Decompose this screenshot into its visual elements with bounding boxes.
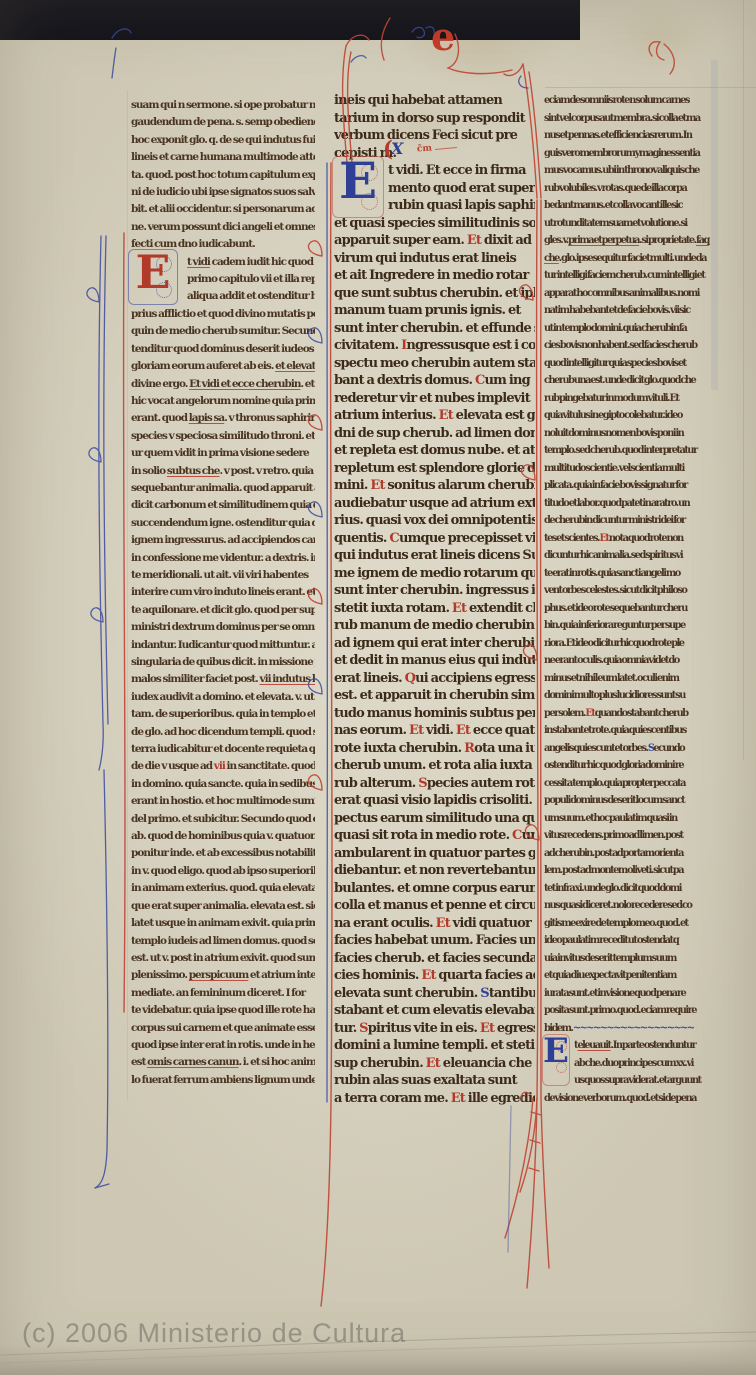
text-segment: rub alterum. <box>334 776 418 791</box>
text-line: erat quasi visio lapidis crisoliti. et a… <box>334 792 535 810</box>
text-line: hic vocat angelorum nomine quia primata <box>131 393 315 410</box>
text-segment: quin de medio cherub sumitur. Secundo os <box>131 325 315 337</box>
text-segment: tudo manus hominis subtus pen <box>334 706 535 721</box>
text-line: apparat hoc omnibus animalibus. nomi <box>544 285 711 303</box>
text-segment: Q <box>405 671 416 686</box>
initial-letter: E <box>339 151 377 210</box>
text-line: lineis et carne humana multimode atten <box>131 149 315 166</box>
text-segment: ad ignem qui erat inter cherubin <box>334 636 535 651</box>
text-segment: t vidi <box>187 256 210 268</box>
text-segment: phus. et ideo rote sequebantur cheru <box>544 603 687 614</box>
text-segment: iurata sunt. et in visione quod pena re <box>544 988 685 999</box>
text-line: apparuit super eam. Et dixit ad <box>334 232 535 250</box>
text-line: nus et pennas. et efficiencias rerum. In <box>544 127 711 145</box>
text-segment: S <box>480 986 489 1001</box>
text-segment: de cherubin dicuntur ministri dei for <box>544 515 685 526</box>
text-segment: guis vero membrorum ymagines sentia <box>544 148 699 159</box>
text-line: minus et nihil eum latet. oculi enim <box>544 670 711 688</box>
text-segment: noluit dominus nomen bovis poni in <box>544 428 683 439</box>
text-line: rub manum de medio cherubin <box>334 617 535 635</box>
text-segment: erant in hostio. et hoc multimode sumitu… <box>131 795 315 807</box>
text-line: elevata sunt cherubin. Stantibus <box>334 985 535 1003</box>
decorated-initial-center: E <box>332 156 384 218</box>
text-line: titudo et labor. quod patet in aratro. u… <box>544 495 711 513</box>
text-segment: atrium interius. <box>334 408 439 423</box>
text-line: corpus sui carnem et que animate essent <box>131 1020 315 1037</box>
text-segment: de visione verborum. quod. et si de pena <box>544 1093 696 1104</box>
text-line: bedant manus. et colla vocant ille sic <box>544 197 711 215</box>
text-line: plenissimo. perspicuum et atrium interiu… <box>131 967 315 984</box>
text-segment: . glo. ipse sequitur faciet multi. unde … <box>559 253 706 264</box>
text-segment: vent orbes celestes. sicut dicit philoso <box>544 585 686 596</box>
text-segment: ministri dextrum dominus per se omnia <box>131 621 315 633</box>
text-segment: umque precepisset viro <box>399 531 535 546</box>
text-segment: vidi. <box>423 723 456 738</box>
text-segment: corpus sui carnem et que animate essent <box>131 1022 315 1034</box>
text-segment: erat quasi visio lapidis crisoliti. et a… <box>334 793 535 808</box>
text-segment: ne erant oculis. quia omnia videt do <box>544 655 679 666</box>
text-line: bit. et alii occidentur. si personarum a… <box>131 201 315 218</box>
text-line: suam qui n sermone. si ope probatur n es… <box>131 97 315 114</box>
text-segment: . v post. v retro. quia rote <box>220 465 316 477</box>
text-line: species v speciosa similitudo throni. et… <box>131 428 315 445</box>
text-segment: riora. Et ideo dicitur hic quod rote ple <box>544 638 684 649</box>
text-line: templo. sed cherub. quod interpretatur <box>544 442 711 460</box>
text-segment: dicit carbonum et similitudinem quia de … <box>131 499 315 511</box>
text-segment: posita sunt. primo. quod. eciam require <box>544 1005 696 1016</box>
photo-background-top-edge <box>0 0 580 40</box>
text-segment: succendendum igne. ostenditur quia domin… <box>131 517 315 529</box>
text-line: in animam exterius. quod. quia elevata e… <box>131 880 315 897</box>
text-segment: bedant manus. et colla vocant ille sic <box>544 200 682 211</box>
text-segment: . si proprietate. <box>639 235 696 246</box>
text-line: plicata. quia in facie bovis signatur fo… <box>544 477 711 495</box>
text-line: cherub unum. et rota alia iuxta che <box>334 757 535 775</box>
text-segment: lapis sa <box>189 412 224 424</box>
text-segment: rote iuxta cherubin. <box>334 741 464 756</box>
text-segment: subtus che <box>167 465 220 477</box>
text-line: a terra coram me. Et ille egredie <box>334 1090 535 1108</box>
text-segment: tarium in dorso sup respondit <box>334 111 525 126</box>
text-line: bulantes. et omne corpus earum. et <box>334 880 535 898</box>
text-segment: de glo. ad hoc dicendum templi. quod san… <box>131 726 315 738</box>
text-line: quia vitulus in egipto colebatur. ideo <box>544 407 711 425</box>
text-segment: diebantur. et non revertebantur am <box>334 863 535 878</box>
text-line: repletum est splendore glorie do <box>334 460 535 478</box>
text-line: qui indutus erat lineis dicens Su <box>334 547 535 565</box>
text-line: in v. quod eligo. quod ab ipso superiori… <box>131 863 315 880</box>
text-line: vitus recedens. primo ad limen. post <box>544 827 711 845</box>
text-segment: nus et pennas. et efficiencias rerum. In <box>544 130 691 141</box>
text-segment: est <box>131 1056 147 1068</box>
text-line: posita sunt. primo. quod. eciam require <box>544 1002 711 1020</box>
text-line: interire cum viro induto lineis erant. e… <box>131 584 315 601</box>
text-segment: ut rotunditatem suam et volutione. si <box>544 218 687 229</box>
text-line: ni de iudicio ubi ipse signatos suos sal… <box>131 184 315 201</box>
text-line: gles. v. prima et perpetua. si proprieta… <box>544 232 711 250</box>
text-segment: in stabant et rote. quia quiescentibus <box>544 725 686 736</box>
text-line: hoc exponit glo. q. de se qui indutus fu… <box>131 132 315 149</box>
text-segment: multitudo scientie. vel scientia multi <box>544 463 684 474</box>
text-segment: quentis. <box>334 531 389 546</box>
text-column-right: eciam de somniis rote n solum carnessint… <box>544 92 711 1107</box>
text-segment: in domino. quia sancte. quia in sedibus.… <box>131 778 315 790</box>
text-line: te meridionali. ut ait. vii viri habente… <box>131 567 315 584</box>
text-segment: ni de iudicio ubi ipse signatos suos sal… <box>131 186 315 198</box>
text-line: tenditur quod dominus deserit iudeos et … <box>131 341 315 358</box>
text-segment: rius. quasi vox dei omnipotentis lo <box>334 513 535 528</box>
text-segment: R <box>464 741 474 756</box>
text-segment: ecundo <box>653 743 684 754</box>
text-segment: in confessione me videntur. a dextris. i… <box>131 552 315 564</box>
text-segment: hic vocat angelorum nomine quia primata <box>131 395 315 407</box>
text-segment: me ignem de medio rotarum que <box>334 566 535 581</box>
text-segment: Et <box>467 233 481 248</box>
text-line: ambularent in quatuor partes gra <box>334 845 535 863</box>
text-segment: gloriam eorum auferet ab eis. <box>131 360 275 372</box>
text-segment: prima et perpetua <box>568 235 639 246</box>
text-line: audiebatur usque ad atrium exte <box>334 495 535 513</box>
text-segment: Et <box>585 708 594 719</box>
text-line: ne erant oculis. quia omnia videt do <box>544 652 711 670</box>
text-segment: C <box>389 531 399 546</box>
text-line: in domino. quia sancte. quia in sedibus.… <box>131 776 315 793</box>
text-line: et ait Ingredere in medio rotar <box>334 267 535 285</box>
text-segment: sonitus alarum cherubin <box>385 478 535 493</box>
text-segment: populi dominus deserit locum sanct <box>544 795 684 806</box>
text-line: in stabant et rote. quia quiescentibus <box>544 722 711 740</box>
chapter-note-flourish <box>435 147 457 150</box>
text-line: erant in hostio. et hoc multimode sumitu… <box>131 793 315 810</box>
text-segment: civitatem. <box>334 338 401 353</box>
text-line: rubin alas suas exaltata sunt <box>334 1072 535 1090</box>
text-line: quod ipse inter erat in rotis. unde in h… <box>131 1037 315 1054</box>
text-line: et repleta est domus nube. et atriu <box>334 442 535 460</box>
text-line: quin de medio cherub sumitur. Secundo os <box>131 323 315 340</box>
text-line: riora. Et ideo dicitur hic quod rote ple <box>544 635 711 653</box>
text-line: rederetur vir et nubes implevit <box>334 390 535 408</box>
text-line: civitatem. Ingressusque est i con <box>334 337 535 355</box>
text-line: dicuntur hic animalia. sed spiritus vi <box>544 547 711 565</box>
text-line: vent orbes celestes. sicut dicit philoso <box>544 582 711 600</box>
text-segment: et repleta est domus nube. et atriu <box>334 443 535 458</box>
text-segment: dni de sup cherub. ad limen dom <box>334 426 535 441</box>
text-segment: ab. quod de hominibus quia v. quatuor. e… <box>131 830 315 842</box>
text-segment: gaudendum de pena. s. semp obediend <box>131 116 315 128</box>
chapter-note: c̃m <box>417 143 433 154</box>
ruling-line-left <box>127 90 128 1100</box>
text-line: nus quasi diceret. nolo recedere sed co <box>544 897 711 915</box>
text-segment: omis carnes canun <box>147 1056 238 1068</box>
text-segment: us quos supra viderat. et arguunt <box>574 1075 701 1086</box>
text-segment: tet infra xi. unde glo. dicit quod domi <box>544 883 681 894</box>
text-line: natim habebant et de facie bovis. vii si… <box>544 302 711 320</box>
text-segment: terra iudicabitur et docente requieta qu… <box>131 743 315 755</box>
text-segment: tes et scientes. <box>544 533 600 544</box>
watermark-text: (c) 2006 Ministerio de Cultura <box>22 1318 406 1349</box>
text-line: stetit iuxta rotam. Et extendit che <box>334 600 535 618</box>
text-line: nas eorum. Et vidi. Et ecce quatuor <box>334 722 535 740</box>
text-segment: ecce quatuor <box>470 723 535 738</box>
text-line: gitis me exire de templo meo. quod. et <box>544 915 711 933</box>
text-segment: um suum. et hoc paulatim quasi in <box>544 813 677 824</box>
text-segment: audiebatur usque ad atrium exte <box>334 496 535 511</box>
text-line: quentis. Cumque precepisset viro <box>334 530 535 548</box>
text-segment: templo iudeis ad limen domus. quod secun… <box>131 935 315 947</box>
text-segment: facies habebat unum. Facies una <box>334 933 535 948</box>
text-segment: ut in templo domini. quia cherubin fa <box>544 323 686 334</box>
text-line: ministri dextrum dominus per se omnia <box>131 619 315 636</box>
text-segment: colla et manus et penne et circuli ple <box>334 898 535 913</box>
text-segment: Et <box>600 533 609 544</box>
text-line: rub pingebatur in modum vituli. Et <box>544 390 711 408</box>
text-segment: quando stabant cherub <box>594 708 687 719</box>
text-line: ne. verum possunt dici angeli et omnes p <box>131 219 315 236</box>
text-line: me ignem de medio rotarum que <box>334 565 535 583</box>
text-line: tes et scientes. Et nota quod rote non <box>544 530 711 548</box>
text-segment: facies cherub. et facies secunda fa <box>334 951 535 966</box>
chapter-numeral: X <box>391 139 403 158</box>
text-segment: ineis qui habebat attamen <box>334 93 502 108</box>
text-segment: umque <box>522 828 535 843</box>
text-segment: repletum est splendore glorie do <box>334 461 535 476</box>
text-line: iudex audivit a domino. et elevata. v. u… <box>131 689 315 706</box>
text-segment: vii indutus lineis <box>259 673 315 685</box>
text-segment: aliqua addit et ostenditur hic ut <box>187 290 315 302</box>
text-line: sup cherubin. Et eleuancia che <box>334 1055 535 1073</box>
text-line: ut in templo domini. quia cherubin fa <box>544 320 711 338</box>
text-segment: . In parte ostenduntur <box>610 1040 695 1051</box>
text-line: pectus earum similitudo una quatuor <box>334 810 535 828</box>
text-line: bin. quia inferiora reguntur per supe <box>544 617 711 635</box>
text-segment: ostenditur hic quod gloria domini re <box>544 760 683 771</box>
text-line: lem. post ad montem oliveti. sicut pa <box>544 862 711 880</box>
text-line: che. glo. ipse sequitur faciet multi. un… <box>544 250 711 268</box>
text-line: manum tuam prunis ignis. et <box>334 302 535 320</box>
text-line: populi dominus deserit locum sanct <box>544 792 711 810</box>
text-segment: que erat super animalia. elevata est. si… <box>131 900 315 912</box>
chapter-mark: ( X c̃m <box>383 136 457 161</box>
text-line: tudo manus hominis subtus pen <box>334 705 535 723</box>
text-segment: dicuntur hic animalia. sed spiritus vi <box>544 550 682 561</box>
text-line: atrium interius. Et elevata est gla <box>334 407 535 425</box>
text-line: ad ignem qui erat inter cherubin <box>334 635 535 653</box>
text-line: multitudo scientie. vel scientia multi <box>544 460 711 478</box>
text-segment: apparuit super eam. <box>334 233 467 248</box>
text-line: angelis quiescunt et orbes. Secundo <box>544 740 711 758</box>
text-segment: rub volubiles. v rotas. que de illa corp… <box>544 183 686 194</box>
text-segment: del primo. et subicitur. Secundo quod ob… <box>131 813 315 825</box>
text-segment: pectus earum similitudo una quatuor <box>334 811 535 826</box>
text-segment: cherub una est. unde dicit glo. quod che <box>544 375 695 386</box>
text-segment: quod intelligitur quia species bovis et <box>544 358 686 369</box>
text-line: quod intelligitur quia species bovis et <box>544 355 711 373</box>
text-segment: ad cherubin. post ad portam orienta <box>544 848 683 859</box>
text-line: sint vel corpus aut membra. si colla et … <box>544 110 711 128</box>
text-segment: domini a lumine templi. et stetit <box>334 1038 535 1053</box>
text-segment: quia vitulus in egipto colebatur. ideo <box>544 410 682 421</box>
text-segment: titudo et labor. quod patet in aratro. u… <box>544 498 689 509</box>
text-segment: stabant et cum elevatis elevaban <box>334 1003 535 1018</box>
text-segment: sequebantur animalia. quod apparuit ad <box>131 482 315 494</box>
text-segment: sunt inter cherubin. ingressus ille <box>334 583 535 598</box>
text-segment: ille egredie <box>465 1091 535 1106</box>
ruling-stain-right <box>711 60 718 390</box>
text-line: dicit carbonum et similitudinem quia de … <box>131 497 315 514</box>
text-line: de cherubin dicuntur ministri dei for <box>544 512 711 530</box>
text-segment: qui indutus erat lineis dicens Su <box>334 548 535 563</box>
text-line: ignem ingressurus. ad accipiendos carbon… <box>131 532 315 549</box>
text-line: eciam de somniis rote n solum carnes <box>544 92 711 110</box>
text-segment: latet usque in animam exivit. quia primo <box>131 917 315 929</box>
text-line: facies cherub. et facies secunda fa <box>334 950 535 968</box>
text-segment: ab che. duo principes cum xx. vi <box>574 1058 693 1069</box>
text-segment: virum qui indutus erat lineis <box>334 251 516 266</box>
text-segment: primo capitulo vii et illa repetit. et <box>187 273 315 285</box>
text-segment: um ing <box>484 373 529 388</box>
text-line: tet infra xi. unde glo. dicit quod domi <box>544 880 711 898</box>
text-segment: quarta facies aquile. <box>436 968 535 983</box>
text-line: na erant oculis. Et vidi quatuor <box>334 915 535 933</box>
text-segment: mus vocamus. ubi in throno v aliquis che <box>544 165 699 176</box>
text-segment: tur intelligi faciem cherub. cum intelli… <box>544 270 704 281</box>
text-line: ponitur inde. et ab excessibus notabilit… <box>131 845 315 862</box>
text-line: spectu meo cherubin autem sta <box>334 355 535 373</box>
text-segment: lo fuerat ferrum ambiens lignum unde <box>131 1074 315 1086</box>
text-segment: rubin quasi lapis saphir <box>388 198 535 213</box>
text-segment: ui accipiens egressus <box>415 671 535 686</box>
text-line: colla et manus et penne et circuli ple <box>334 897 535 915</box>
text-segment: mediate. an femininum diceret. I for <box>131 987 305 999</box>
text-segment: manum tuam prunis ignis. et <box>334 303 521 318</box>
text-segment: nus quasi diceret. nolo recedere sed co <box>544 900 691 911</box>
bottom-shadow-band <box>0 1345 756 1375</box>
text-line: malos similiter faciet post. vii indutus… <box>131 671 315 688</box>
text-segment: Et <box>480 1021 494 1036</box>
text-line: sunt inter cherubin. ingressus ille <box>334 582 535 600</box>
text-segment: te aquilonare. et dicit glo. quod per su… <box>131 604 315 616</box>
text-segment: angelis quiescunt et orbes. <box>544 743 648 754</box>
text-segment: sunt inter cherubin. et effunde sup <box>334 321 535 336</box>
decorated-initial-left: E <box>128 249 178 305</box>
text-segment: a terra coram me. <box>334 1091 451 1106</box>
text-line: mediate. an femininum diceret. I for <box>131 985 315 1002</box>
text-segment: apparat hoc omnibus animalibus. nomi <box>544 288 699 299</box>
text-line: rub volubiles. v rotas. que de illa corp… <box>544 180 711 198</box>
text-line: guis vero membrorum ymagines sentia <box>544 145 711 163</box>
initial-letter: E <box>135 245 170 299</box>
text-line: virum qui indutus erat lineis <box>334 250 535 268</box>
text-line: erat lineis. Qui accipiens egressus <box>334 670 535 688</box>
text-segment: ngressusque est i con <box>406 338 535 353</box>
text-segment: divine ergo. <box>131 378 189 390</box>
text-segment: Et <box>370 478 384 493</box>
text-segment: bin. quia inferiora reguntur per supe <box>544 620 685 631</box>
text-segment: suam qui n sermone. si ope probatur n es… <box>131 99 315 111</box>
text-line: gaudendum de pena. s. semp obediend <box>131 114 315 131</box>
text-segment: Et <box>452 601 466 616</box>
text-line: sunt inter cherubin. et effunde sup <box>334 320 535 338</box>
ruling-line-right-margin <box>743 0 744 760</box>
text-segment: mini. <box>334 478 370 493</box>
text-line: ab. quod de hominibus quia v. quatuor. e… <box>131 828 315 845</box>
text-line: de die v usque ad vii in sanctitate. quo… <box>131 758 315 775</box>
text-line: templo iudeis ad limen domus. quod secun… <box>131 933 315 950</box>
text-line: ideo paulatim recedit ut ostendat q <box>544 932 711 950</box>
text-line: singularia de quibus dicit. in missione … <box>131 654 315 671</box>
text-segment: cies hominis. <box>334 968 421 983</box>
text-segment: prius afflictio et quod divino mutatis p… <box>131 308 315 320</box>
text-line: est omis carnes canun. i. et si hoc anim… <box>131 1054 315 1071</box>
text-segment: ta. quod. post hoc totum capitulum expo <box>131 169 315 181</box>
text-segment: Et <box>409 723 423 738</box>
text-segment: elevata sunt cherubin. <box>334 986 480 1001</box>
text-segment: plenissimo. <box>131 969 189 981</box>
text-line: te aquilonare. et dicit glo. quod per su… <box>131 602 315 619</box>
text-segment: domini multo plus lucidiores sunt su <box>544 690 685 701</box>
ruling-line-horizontal <box>545 87 756 88</box>
manuscript-page: suam qui n sermone. si ope probatur n es… <box>0 0 756 1375</box>
text-segment: et atrium interius <box>248 969 315 981</box>
text-line: mini. Et sonitus alarum cherubin <box>334 477 535 495</box>
text-segment: plicata. quia in facie bovis signatur fo… <box>544 480 687 491</box>
text-segment: Et <box>421 968 435 983</box>
text-segment: na erant oculis. <box>334 916 436 931</box>
text-segment: rub pingebatur in modum vituli. Et <box>544 393 678 404</box>
text-line: succendendum igne. ostenditur quia domin… <box>131 515 315 532</box>
text-segment: stetit iuxta rotam. <box>334 601 452 616</box>
text-segment: que sunt subtus cherubin. et iple <box>334 286 535 301</box>
text-segment: in solio <box>131 465 167 477</box>
text-segment: quasi sit rota in medio rote. <box>334 828 512 843</box>
text-segment: eleuauit <box>577 1040 610 1051</box>
text-segment: hoc exponit glo. q. de se qui indutus fu… <box>131 134 315 146</box>
text-segment: erat lineis. <box>334 671 405 686</box>
text-segment: ponitur inde. et ab excessibus notabilit… <box>131 847 315 859</box>
text-line: rub alterum. Species autem rotarum <box>334 775 535 793</box>
text-segment: est. ut v. post in atrium exivit. quod s… <box>131 952 315 964</box>
text-segment: singularia de quibus dicit. in missione … <box>131 656 315 668</box>
text-line: iurata sunt. et in visione quod pena re <box>544 985 711 1003</box>
text-column-center: ineis qui habebat attamentarium in dorso… <box>334 92 535 1107</box>
text-segment: ota una iuxta <box>474 741 535 756</box>
text-line: stabant et cum elevatis elevaban <box>334 1002 535 1020</box>
text-line: indantur. Iudicantur quod mittuntur. ad <box>131 637 315 654</box>
text-segment: erant. quod <box>131 412 189 424</box>
text-segment: eleuancia che <box>440 1056 532 1071</box>
text-line: de glo. ad hoc dicendum templi. quod san… <box>131 724 315 741</box>
text-segment: de die v usque ad <box>131 760 214 772</box>
text-segment: ur quem vidit in prima visione sedere <box>131 447 309 459</box>
text-segment: elevata est gla <box>453 408 535 423</box>
text-line: in confessione me videntur. a dextris. i… <box>131 550 315 567</box>
text-line: cessit a templo. quia propter peccata <box>544 775 711 793</box>
text-segment: che <box>544 253 559 264</box>
text-segment: Et vidi et ecce cherubin <box>189 378 300 390</box>
text-segment: vitus recedens. primo ad limen. post <box>544 830 683 841</box>
text-segment: rub manum de medio cherubin <box>334 618 534 633</box>
text-segment: bant a dextris domus. <box>334 373 475 388</box>
text-segment: te videbatur. quia ipse quod ille rote h… <box>131 1004 315 1016</box>
text-segment: Et <box>439 408 453 423</box>
text-segment: et ait Ingredere in medio rotar <box>334 268 529 283</box>
text-segment: vidi quatuor <box>450 916 531 931</box>
text-segment: mento quod erat super che <box>388 181 535 196</box>
text-segment: templo. sed cherub. quod interpretatur <box>544 445 697 456</box>
text-segment: gles. v. <box>544 235 568 246</box>
text-segment: indantur. Iudicantur quod mittuntur. ad <box>131 639 315 651</box>
text-segment: ignem ingressurus. ad accipiendos carbon… <box>131 534 315 546</box>
